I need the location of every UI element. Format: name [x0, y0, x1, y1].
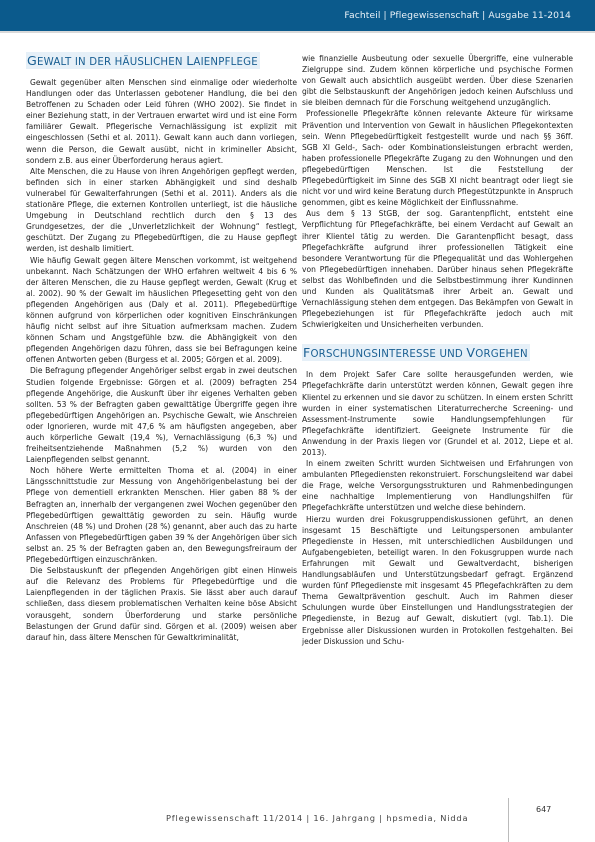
heading-text: aienpflege — [193, 57, 257, 68]
paragraph: Gewalt gegenüber alten Menschen sind ein… — [26, 77, 297, 166]
paragraph: Hierzu wurden drei Fokusgruppendiskussio… — [302, 514, 573, 647]
page-number: 647 — [536, 805, 551, 814]
paragraph: In einem zweiten Schritt wurden Sichtwei… — [302, 458, 573, 513]
heading-text: orgehen — [475, 349, 528, 360]
paragraph: In dem Projekt Safer Care sollte herausg… — [302, 369, 573, 458]
footer-divider — [508, 798, 509, 842]
heading-initial: G — [27, 53, 37, 68]
heading-initial: V — [466, 345, 475, 360]
header-divider — [0, 31, 595, 33]
running-head: Fachteil | Pflegewissenschaft | Ausgabe … — [344, 10, 571, 21]
left-column: Gewalt in der häuslichen Laienpflege Gew… — [26, 50, 297, 643]
right-column: wie finanzielle Ausbeutung oder sexuelle… — [302, 53, 573, 647]
paragraph: Noch höhere Werte ermittelten Thoma et a… — [26, 465, 297, 565]
paragraph: Alte Menschen, die zu Hause von ihren An… — [26, 166, 297, 255]
heading-text: ewalt in der häuslichen — [37, 57, 186, 68]
paragraph: wie finanzielle Ausbeutung oder sexuelle… — [302, 53, 573, 108]
header-bar: Fachteil | Pflegewissenschaft | Ausgabe … — [0, 0, 595, 31]
footer-journal-line: Pflegewissenschaft 11/2014 | 16. Jahrgan… — [166, 813, 468, 823]
paragraph: Die Selbstauskunft der pflegenden Angehö… — [26, 565, 297, 643]
paragraph: Aus dem § 13 StGB, der sog. Garantenpfli… — [302, 208, 573, 330]
section-heading-gewalt: Gewalt in der häuslichen Laienpflege — [26, 52, 260, 69]
paragraph: Die Befragung pflegender Angehöriger sel… — [26, 365, 297, 465]
section-heading-forschungsinteresse: Forschungsinteresse und Vorgehen — [302, 344, 530, 361]
paragraph: Wie häufig Gewalt gegen ältere Menschen … — [26, 255, 297, 366]
heading-text: orschungsinteresse und — [310, 349, 466, 360]
paragraph: Professionelle Pflegekräfte können relev… — [302, 108, 573, 208]
